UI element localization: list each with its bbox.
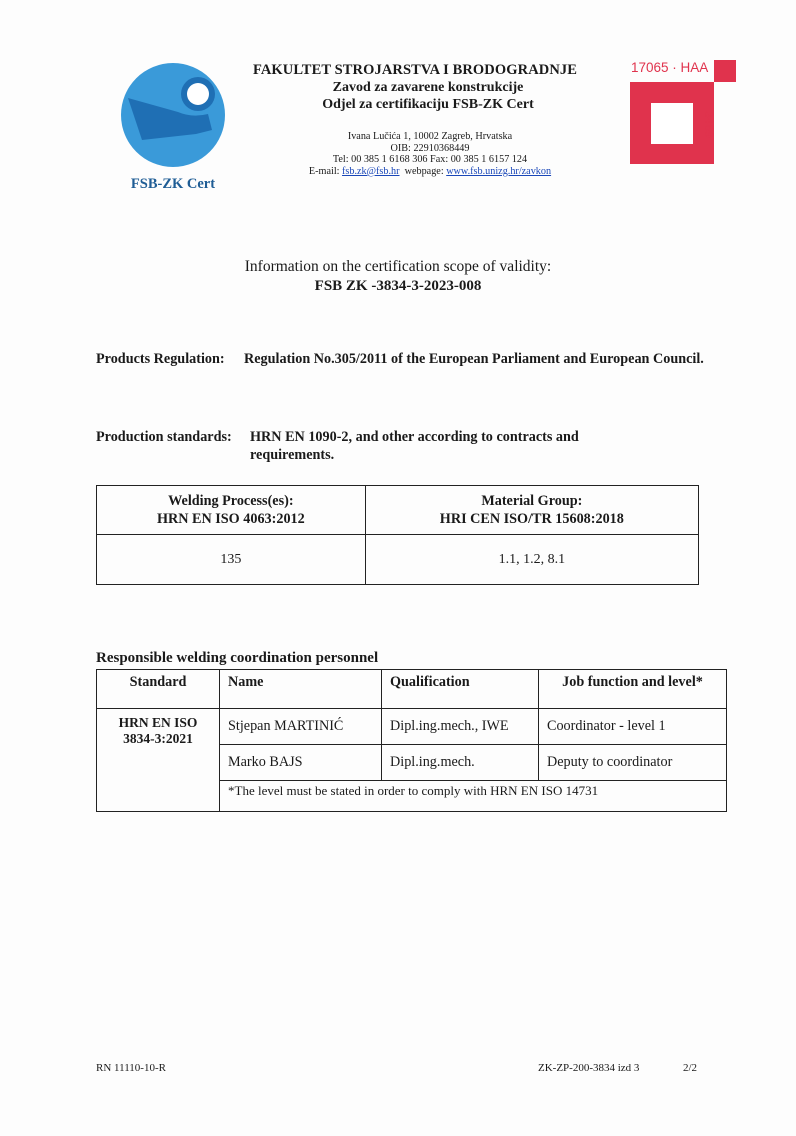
footer-document-code: ZK-ZP-200-3834 izd 3 [538, 1062, 639, 1074]
document-page: FSB-ZK Cert FAKULTET STROJARSTVA I BRODO… [0, 0, 796, 1136]
person-name: Stjepan MARTINIĆ [220, 709, 382, 745]
table-header-row: Standard Name Qualification Job function… [97, 670, 727, 709]
header-line: Material Group: [367, 492, 697, 510]
material-group-value: 1.1, 1.2, 8.1 [365, 535, 698, 585]
column-header-qualification: Qualification [382, 670, 539, 709]
level-note: *The level must be stated in order to co… [220, 781, 727, 812]
fsb-zk-cert-logo-icon [120, 62, 226, 168]
standard-line: HRN EN ISO [105, 715, 211, 731]
table-header-row: Welding Process(es): HRN EN ISO 4063:201… [97, 486, 699, 535]
webpage-link[interactable]: www.fsb.unizg.hr/zavkon [446, 166, 551, 177]
person-name: Marko BAJS [220, 745, 382, 781]
footer-form-code: RN 11110-10-R [96, 1062, 166, 1074]
address: Ivana Lučića 1, 10002 Zagreb, Hrvatska [255, 131, 605, 143]
welding-process-header: Welding Process(es): HRN EN ISO 4063:201… [97, 486, 366, 535]
logo-caption: FSB-ZK Cert [100, 176, 246, 193]
column-header-name: Name [220, 670, 382, 709]
email-web-line: E-mail: fsb.zk@fsb.hr webpage: www.fsb.u… [255, 166, 605, 178]
table-row: HRN EN ISO 3834-3:2021 Stjepan MARTINIĆ … [97, 709, 727, 745]
certificate-number: FSB ZK -3834-3-2023-008 [0, 278, 796, 295]
email-label: E-mail: [309, 166, 342, 177]
person-job: Coordinator - level 1 [539, 709, 727, 745]
header-line: Welding Process(es): [98, 492, 364, 510]
webpage-label: webpage: [400, 166, 447, 177]
person-job: Deputy to coordinator [539, 745, 727, 781]
department-name: Odjel za certifikaciju FSB-ZK Cert [240, 97, 590, 113]
production-standards-label: Production standards: [96, 428, 232, 446]
process-material-table: Welding Process(es): HRN EN ISO 4063:201… [96, 485, 699, 585]
institution-header: FAKULTET STROJARSTVA I BRODOGRADNJE Zavo… [240, 62, 590, 113]
institute-name: Zavod za zavarene konstrukcije [240, 80, 590, 96]
column-header-standard: Standard [97, 670, 220, 709]
faculty-name: FAKULTET STROJARSTVA I BRODOGRADNJE [240, 62, 590, 79]
products-regulation-value: Regulation No.305/2011 of the European P… [244, 350, 714, 368]
contact-block: Ivana Lučića 1, 10002 Zagreb, Hrvatska O… [255, 131, 605, 177]
products-regulation-label: Products Regulation: [96, 350, 225, 368]
column-header-job-function: Job function and level* [539, 670, 727, 709]
table-row: 135 1.1, 1.2, 8.1 [97, 535, 699, 585]
accreditation-number: 3469 [702, 111, 716, 138]
person-qualification: Dipl.ing.mech., IWE [382, 709, 539, 745]
title-line: Information on the certification scope o… [0, 258, 796, 276]
standard-cell: HRN EN ISO 3834-3:2021 [97, 709, 220, 812]
phone-fax: Tel: 00 385 1 6168 306 Fax: 00 385 1 615… [255, 154, 605, 166]
oib: OIB: 22910368449 [255, 143, 605, 155]
personnel-table: Standard Name Qualification Job function… [96, 669, 727, 812]
header-line: HRI CEN ISO/TR 15608:2018 [367, 510, 697, 528]
email-link[interactable]: fsb.zk@fsb.hr [342, 166, 399, 177]
person-qualification: Dipl.ing.mech. [382, 745, 539, 781]
standard-line: 3834-3:2021 [105, 731, 211, 747]
header-line: HRN EN ISO 4063:2012 [98, 510, 364, 528]
document-title: Information on the certification scope o… [0, 258, 796, 295]
personnel-section-title: Responsible welding coordination personn… [96, 650, 378, 667]
material-group-header: Material Group: HRI CEN ISO/TR 15608:201… [365, 486, 698, 535]
page-number: 2/2 [683, 1062, 697, 1074]
accreditation-code: 17065 · HAA [631, 60, 708, 75]
welding-process-value: 135 [97, 535, 366, 585]
production-standards-value: HRN EN 1090-2, and other according to co… [250, 428, 650, 464]
